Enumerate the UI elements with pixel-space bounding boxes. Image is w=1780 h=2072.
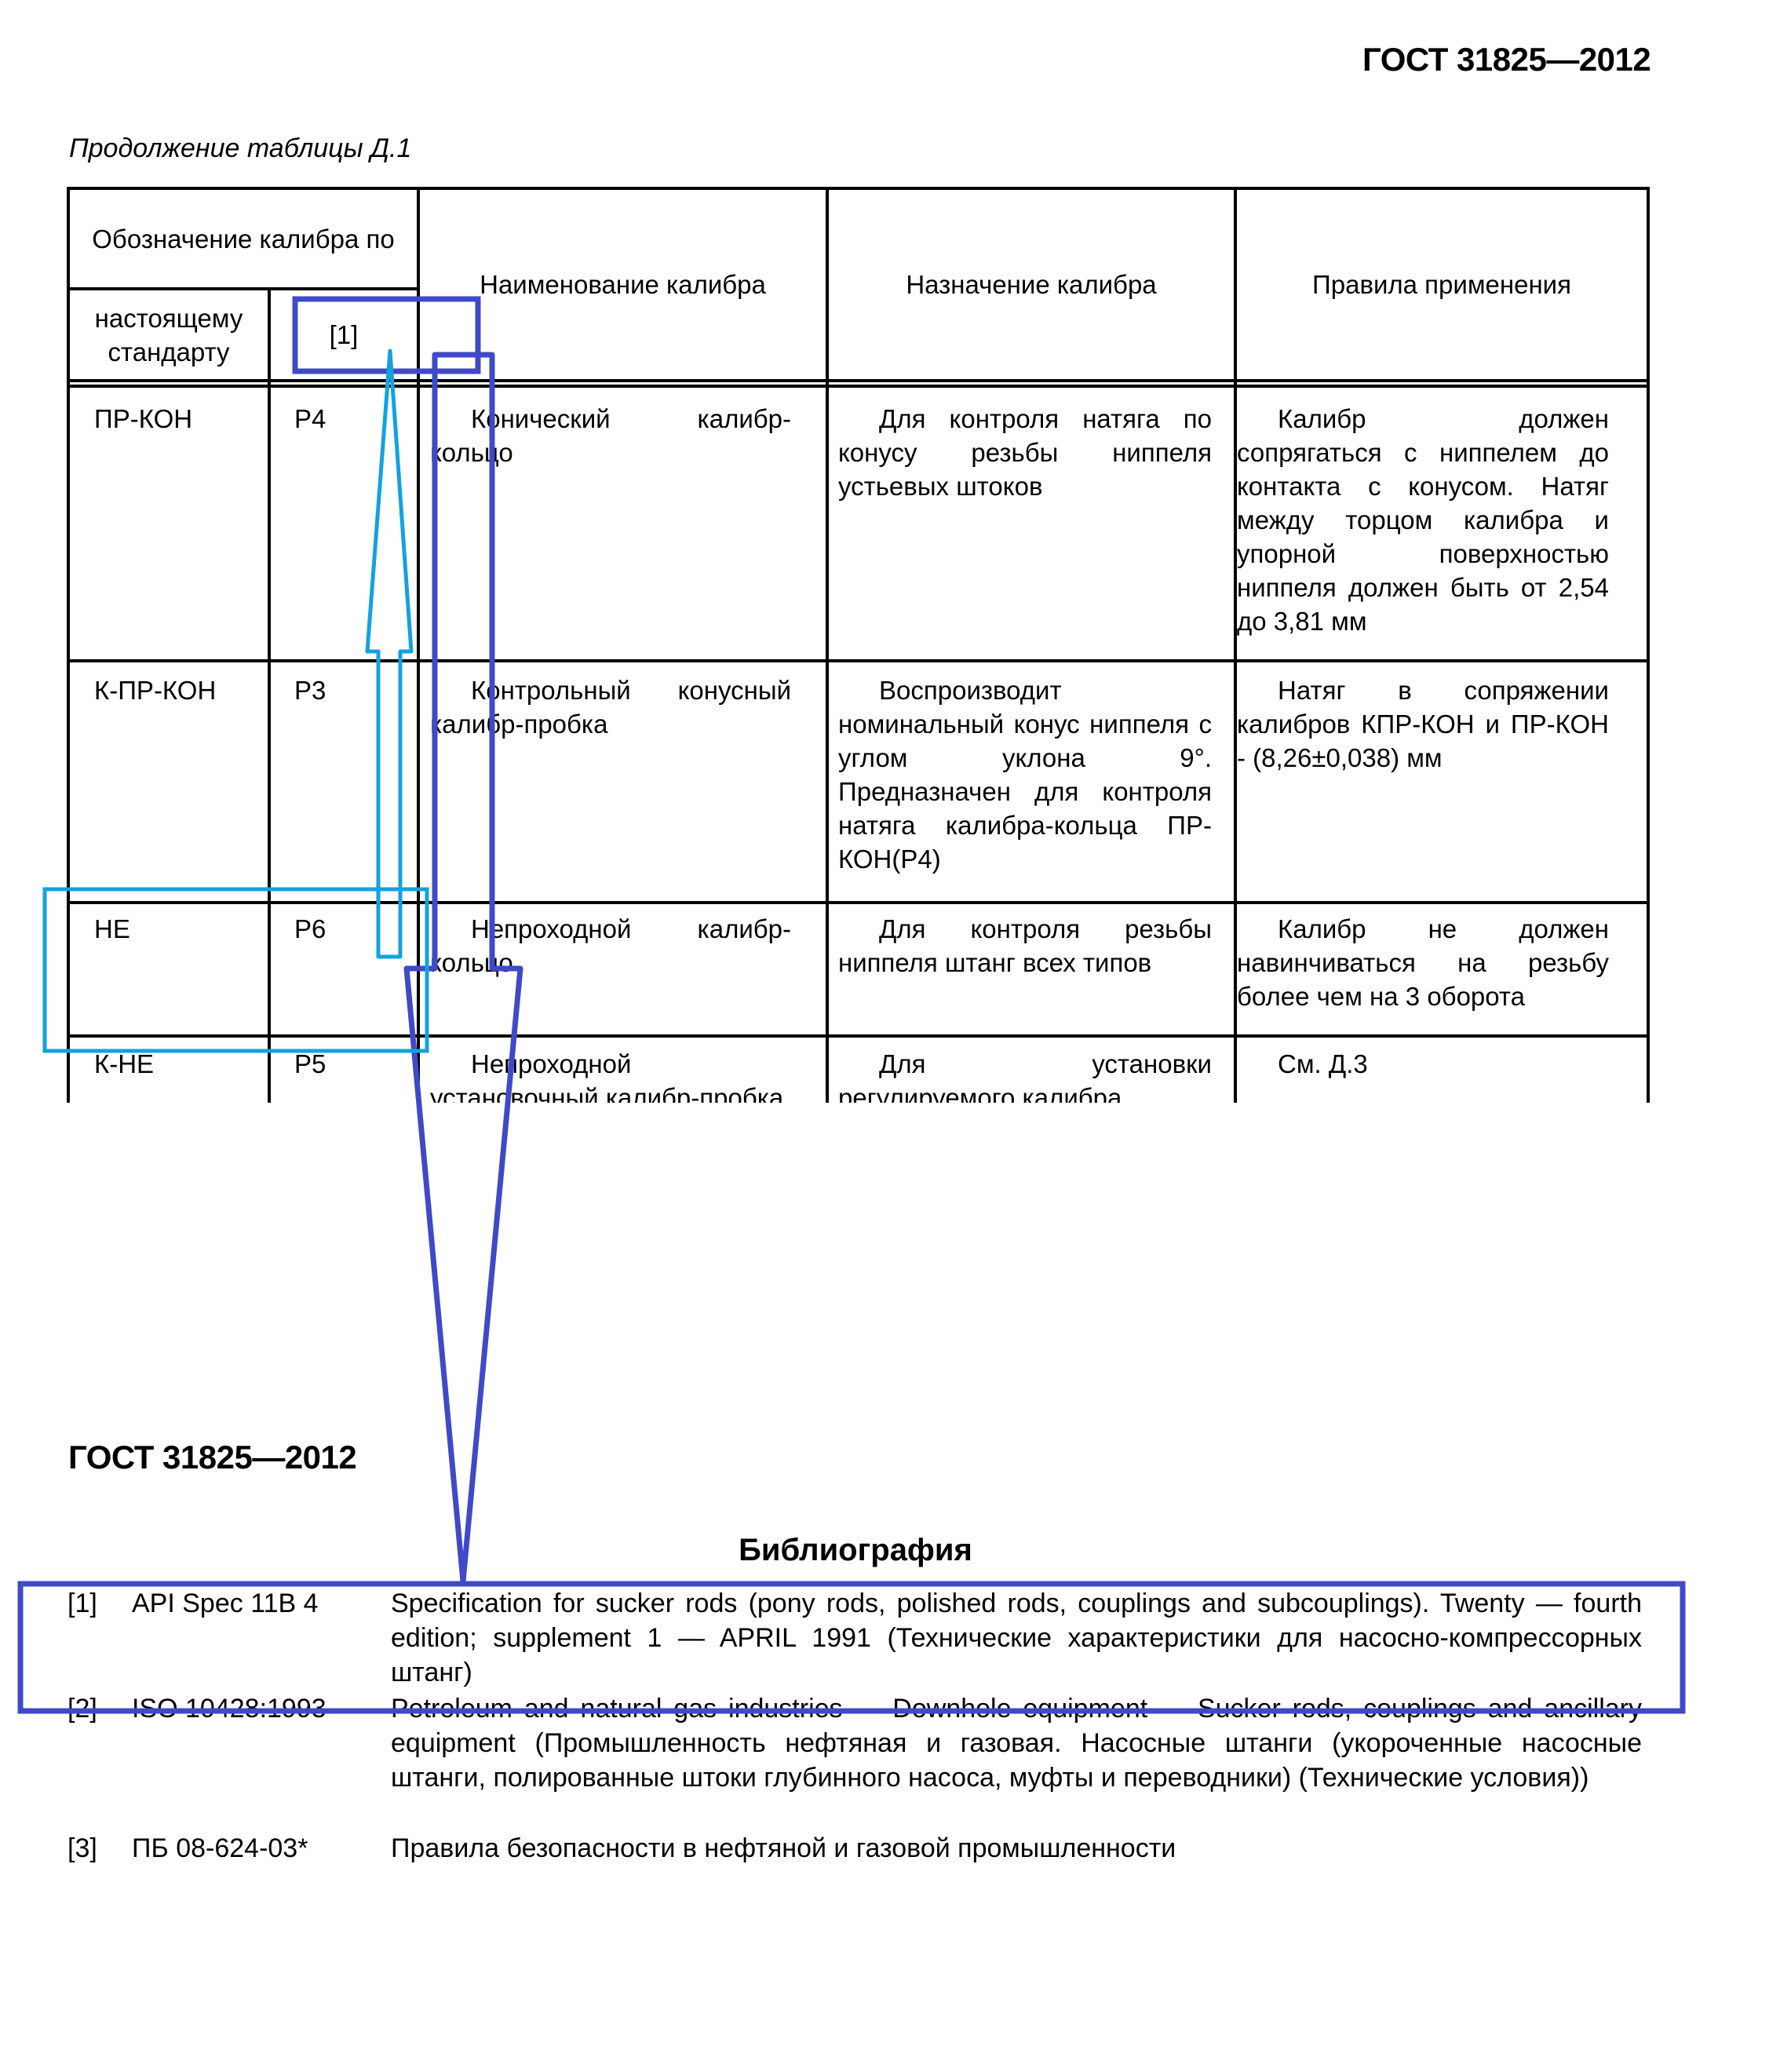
- cell-name: Непроходной калибр-кольцо: [430, 912, 791, 979]
- entry-number: [2]: [67, 1691, 97, 1726]
- cell-ref-code: Р3: [294, 673, 412, 707]
- cell-code: К-НЕ: [94, 1047, 267, 1081]
- cell-rules: Калибр должен сопрягаться с ниппелем до …: [1237, 402, 1609, 638]
- entry-code: ISO 10428:1993: [132, 1691, 326, 1726]
- entry-code: API Spec 11B 4: [132, 1586, 319, 1621]
- cell-ref-code: Р5: [294, 1047, 412, 1081]
- cell-name: Контрольный конусный калибр-пробка: [430, 673, 791, 741]
- header-name: Наименование калибра: [420, 190, 826, 379]
- entry-number: [1]: [67, 1586, 97, 1621]
- cell-rules: См. Д.3: [1237, 1047, 1609, 1081]
- document-code-header-2: ГОСТ 31825—2012: [68, 1439, 356, 1476]
- entry-number: [3]: [67, 1831, 97, 1866]
- bibliography-title: Библиография: [706, 1533, 1005, 1568]
- cell-purpose: Воспроизводит номинальный конус ниппеля …: [838, 673, 1212, 876]
- cell-purpose: Для контроля натяга по конусу резьбы нип…: [838, 402, 1212, 503]
- header-reference: [1]: [271, 290, 417, 379]
- cell-purpose: Для установки регулируемого калибра: [838, 1047, 1212, 1103]
- header-purpose: Назначение калибра: [829, 190, 1234, 379]
- cell-ref-code: Р6: [294, 912, 412, 946]
- document-code-header: ГОСТ 31825—2012: [1362, 41, 1651, 78]
- cell-purpose: Для контроля резьбы ниппеля штанг всех т…: [838, 912, 1212, 979]
- table-body: ПР-КОН Р4 Конический калибр-кольцо Для к…: [0, 388, 1780, 1103]
- cell-code: К-ПР-КОН: [94, 673, 267, 707]
- cell-name: Конический калибр-кольцо: [430, 402, 791, 469]
- cell-rules: Натяг в сопряжении калибров КПР-КОН и ПР…: [1237, 673, 1609, 775]
- cell-code: НЕ: [94, 912, 267, 946]
- header-double-line-1: [67, 379, 1650, 382]
- header-this-standard: настоящему стандарту: [71, 290, 267, 379]
- cell-name: Непроходной установочный калибр-пробка: [430, 1047, 791, 1103]
- header-rules: Правила применения: [1237, 190, 1647, 379]
- cell-rules: Калибр не должен навинчиваться на резьбу…: [1237, 912, 1609, 1013]
- table-caption: Продолжение таблицы Д.1: [69, 133, 411, 164]
- entry-code: ПБ 08-624-03*: [132, 1831, 308, 1866]
- entry-text: Petroleum and natural gas industries — D…: [391, 1691, 1642, 1795]
- header-designation-group: Обозначение калибра по: [78, 190, 408, 287]
- entry-text: Правила безопасности в нефтяной и газово…: [391, 1831, 1642, 1866]
- cell-code: ПР-КОН: [94, 402, 267, 436]
- cell-ref-code: Р4: [294, 402, 412, 436]
- entry-text: Specification for sucker rods (pony rods…: [391, 1586, 1642, 1690]
